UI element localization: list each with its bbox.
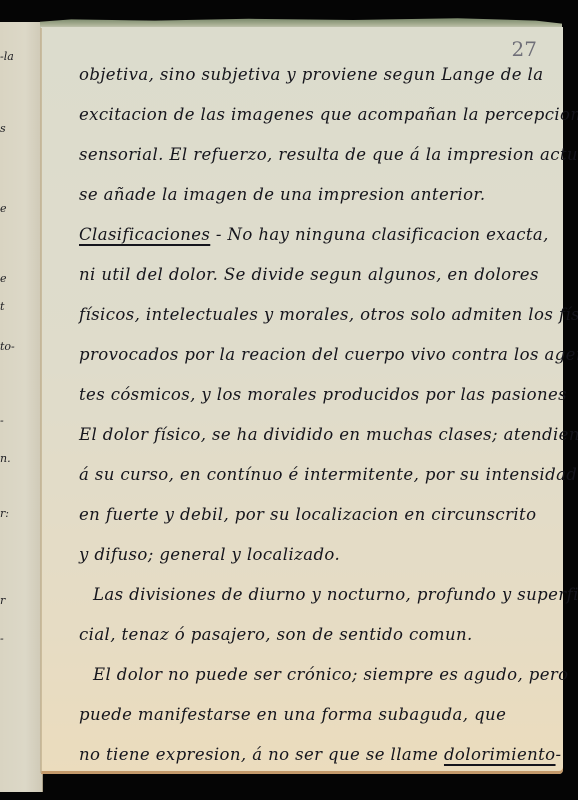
text-line: á su curso, en contínuo é intermitente, … xyxy=(79,455,559,495)
prev-page-fragment: - xyxy=(0,414,4,427)
text-line: excitacion de las imagenes que acompañan… xyxy=(79,95,559,135)
text-line: sensorial. El refuerzo, resulta de que á… xyxy=(79,135,559,175)
prev-page-fragment: t xyxy=(0,300,4,313)
text-line: en fuerte y debil, por su localizacion e… xyxy=(79,495,559,535)
heading-separator: - xyxy=(210,225,227,244)
previous-page-edge: -la s e e t to- - n. r: r - xyxy=(0,22,43,792)
manuscript-scan: -la s e e t to- - n. r: r - 27 objetiva,… xyxy=(0,0,578,800)
book-spine-crease xyxy=(40,28,42,773)
prev-page-fragment: s xyxy=(0,122,6,135)
text-line-final: no tiene expresion, á no ser que se llam… xyxy=(79,735,559,775)
section-heading: Clasificaciones xyxy=(79,225,210,244)
text-line: y difuso; general y localizado. xyxy=(79,535,559,575)
text-line: provocados por la reacion del cuerpo viv… xyxy=(79,335,559,375)
prev-page-fragment: e xyxy=(0,202,7,215)
text-line: Las divisiones de diurno y nocturno, pro… xyxy=(79,575,559,615)
prev-page-fragment: r xyxy=(0,594,5,607)
manuscript-page: 27 objetiva, sino subjetiva y proviene s… xyxy=(41,27,563,774)
prev-page-fragment: r: xyxy=(0,507,9,520)
continuation-dash: - xyxy=(556,745,562,764)
text-line: El dolor no puede ser crónico; siempre e… xyxy=(79,655,559,695)
text-line: se añade la imagen de una impresion ante… xyxy=(79,175,559,215)
underlined-term: dolorimiento xyxy=(444,745,556,764)
prev-page-fragment: - xyxy=(0,632,4,645)
handwritten-text-body: objetiva, sino subjetiva y proviene segu… xyxy=(79,55,559,775)
prev-page-fragment: -la xyxy=(0,50,14,63)
prev-page-fragment: n. xyxy=(0,452,11,465)
text-line: cial, tenaz ó pasajero, son de sentido c… xyxy=(79,615,559,655)
heading-line-text: No hay ninguna clasificacion exacta, xyxy=(228,225,549,244)
text-line-heading: Clasificaciones - No hay ninguna clasifi… xyxy=(79,215,559,255)
text-line: objetiva, sino subjetiva y proviene segu… xyxy=(79,55,559,95)
text-line: ni util del dolor. Se divide segun algun… xyxy=(79,255,559,295)
text-line: puede manifestarse en una forma subaguda… xyxy=(79,695,559,735)
text-line: tes cósmicos, y los morales producidos p… xyxy=(79,375,559,415)
prev-page-fragment: e xyxy=(0,272,7,285)
text-line: El dolor físico, se ha dividido en mucha… xyxy=(79,415,559,455)
prev-page-fragment: to- xyxy=(0,340,15,353)
final-line-text: no tiene expresion, á no ser que se llam… xyxy=(79,745,444,764)
text-line: físicos, intelectuales y morales, otros … xyxy=(79,295,559,335)
